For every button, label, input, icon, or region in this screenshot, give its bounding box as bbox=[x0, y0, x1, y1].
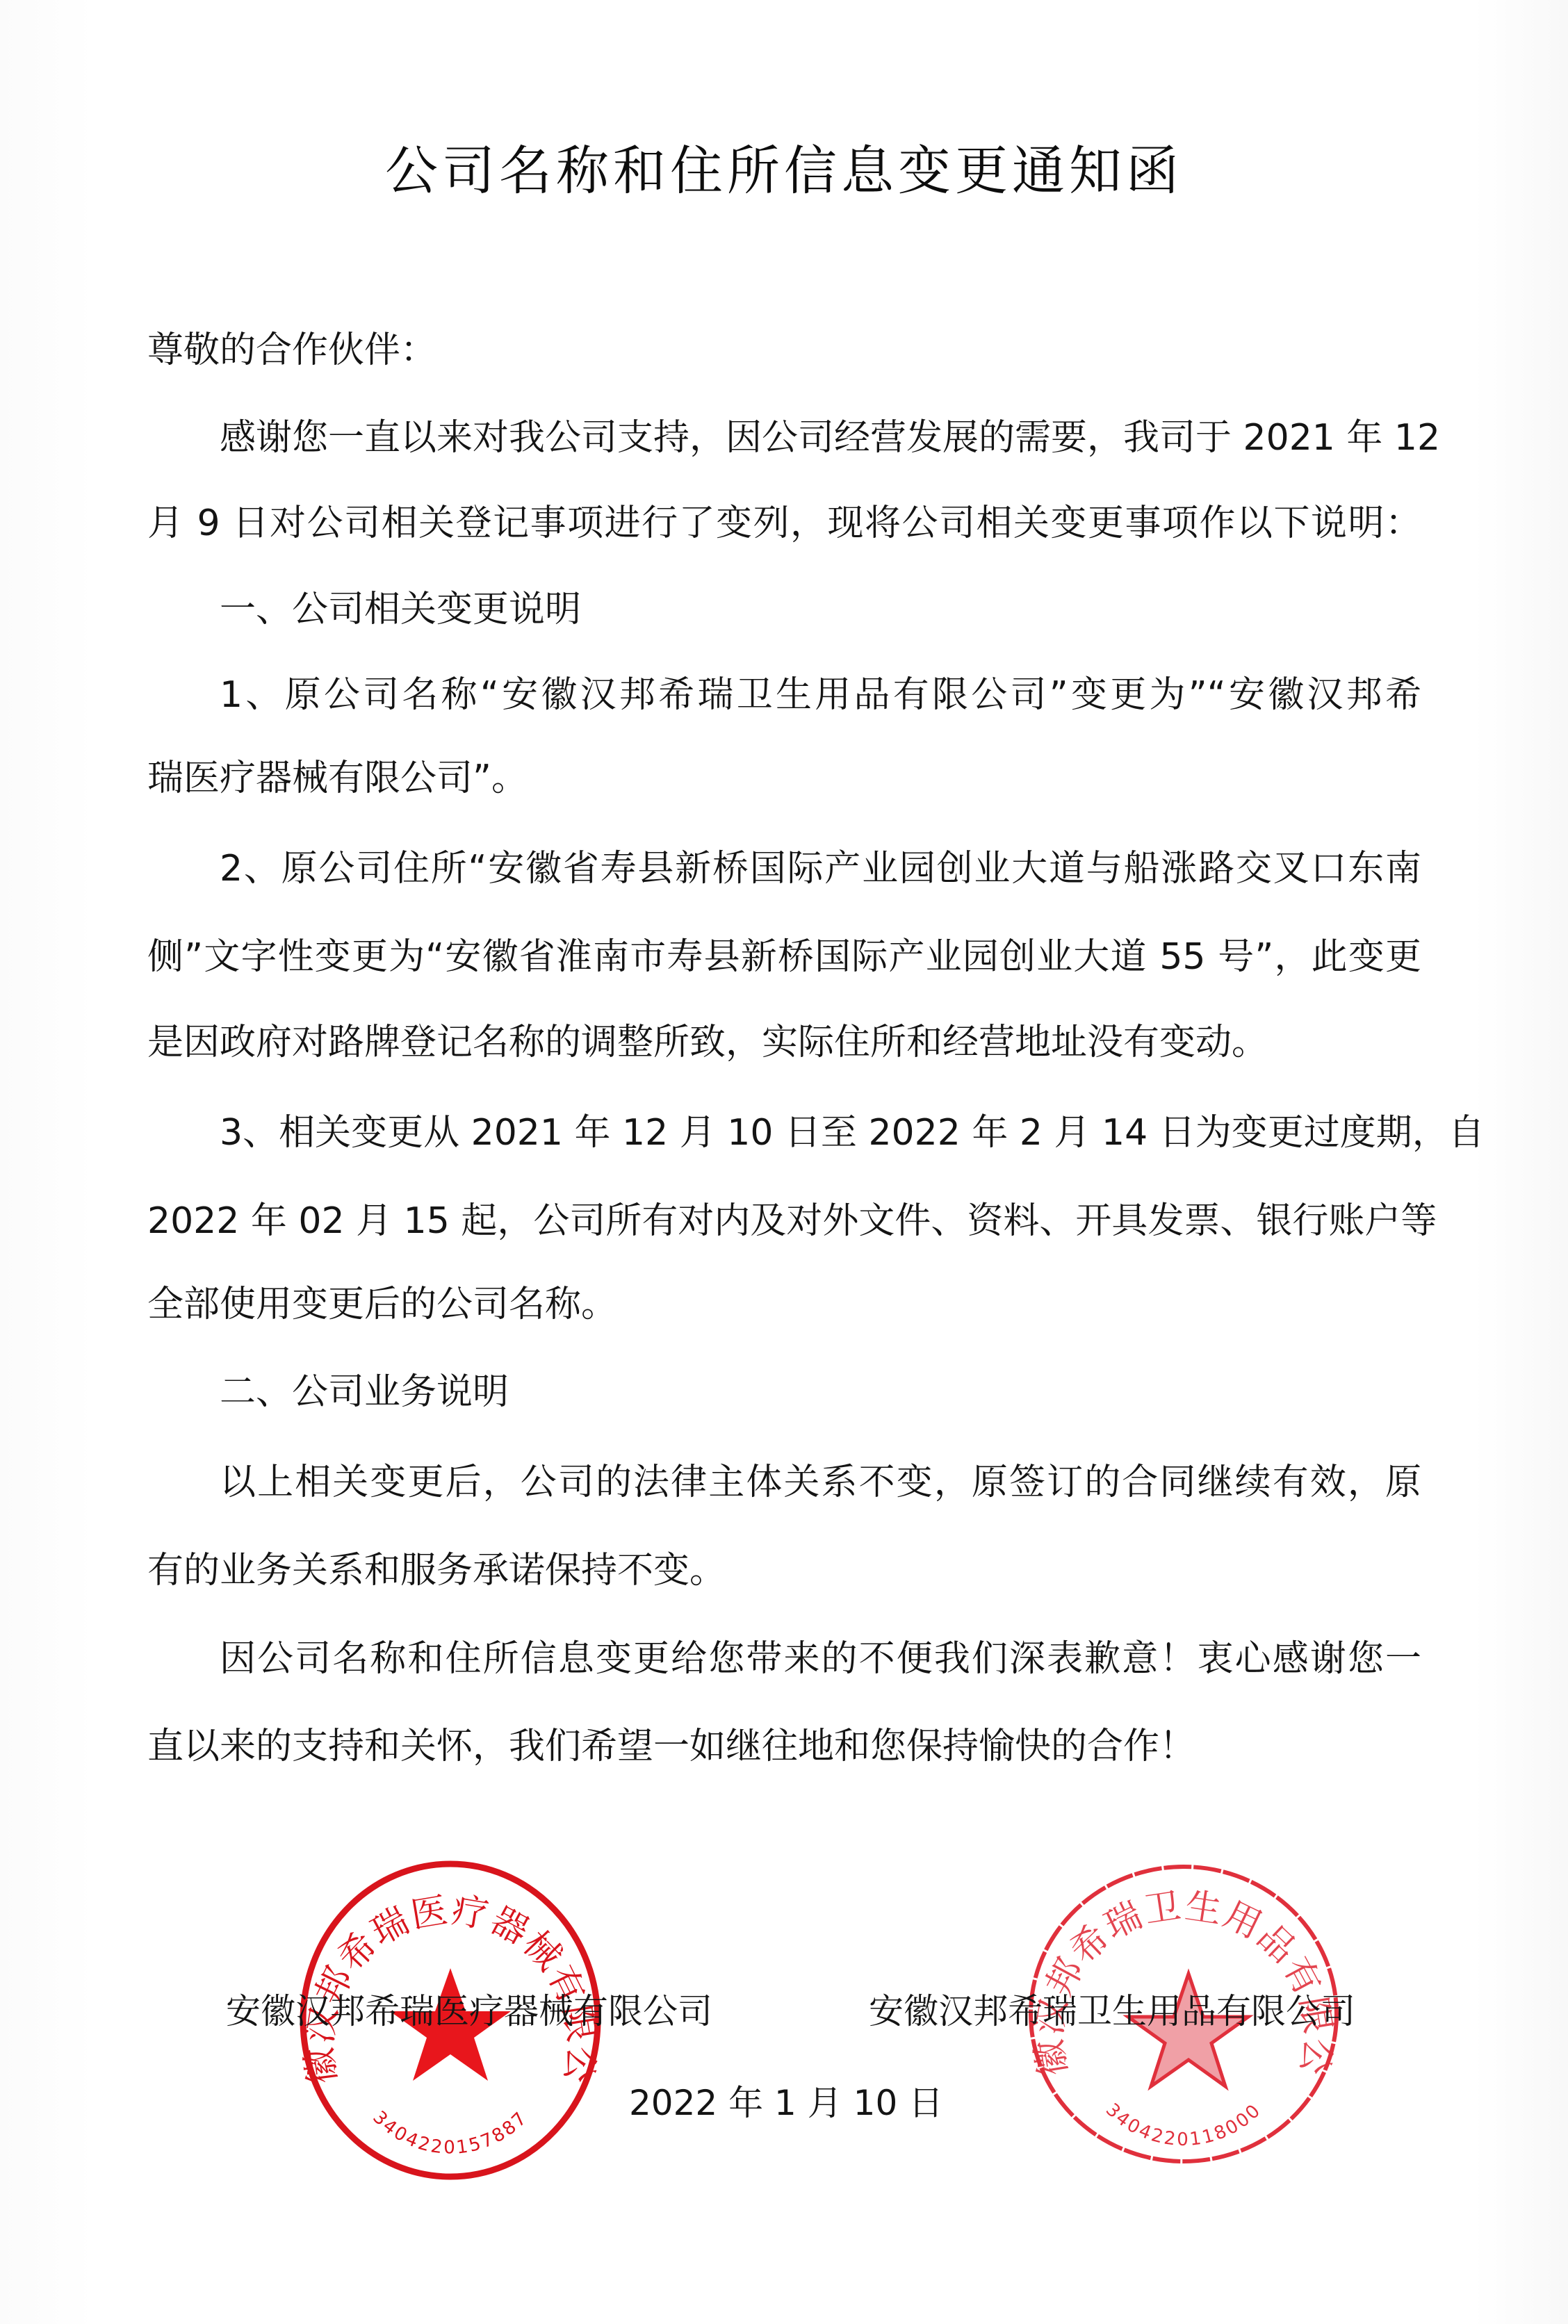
body-line: 月 9 日对公司相关登记事项进行了变列，现将公司相关变更事项作以下说明： bbox=[147, 501, 1421, 546]
seal-left-code: 3404220157887 bbox=[368, 2107, 532, 2159]
seal-right-code: 3404220118000 bbox=[1102, 2100, 1266, 2150]
body-line: 瑞医疗器械有限公司”。 bbox=[147, 756, 1421, 801]
body-line: 因公司名称和住所信息变更给您带来的不便我们深表歉意！衷心感谢您一 bbox=[220, 1637, 1421, 1681]
signature-company-right: 安徽汉邦希瑞卫生用品有限公司 bbox=[869, 1990, 1355, 2032]
document-page: 公司名称和住所信息变更通知函 尊敬的合作伙伴： 感谢您一直以来对我公司支持，因公… bbox=[0, 0, 1568, 2324]
document-title: 公司名称和住所信息变更通知函 bbox=[0, 136, 1568, 206]
body-line: 是因政府对路牌登记名称的调整所致，实际住所和经营地址没有变动。 bbox=[147, 1020, 1421, 1065]
body-line: 直以来的支持和关怀，我们希望一如继往地和您保持愉快的合作！ bbox=[147, 1724, 1421, 1769]
body-line: 二、公司业务说明 bbox=[220, 1370, 1421, 1414]
body-line: 全部使用变更后的公司名称。 bbox=[147, 1282, 1421, 1327]
body-line: 有的业务关系和服务承诺保持不变。 bbox=[147, 1548, 1421, 1593]
body-line: 1、原公司名称“安徽汉邦希瑞卫生用品有限公司”变更为”“安徽汉邦希 bbox=[220, 673, 1421, 717]
body-line: 以上相关变更后，公司的法律主体关系不变，原签订的合同继续有效，原 bbox=[220, 1460, 1421, 1505]
svg-text:3404220118000: 3404220118000 bbox=[1102, 2100, 1266, 2150]
salutation: 尊敬的合作伙伴： bbox=[147, 328, 1421, 373]
body-line: 一、公司相关变更说明 bbox=[220, 587, 1421, 632]
body-line: 2022 年 02 月 15 起，公司所有对内及对外文件、资料、开具发票、银行账… bbox=[147, 1199, 1421, 1243]
body-line: 2、原公司住所“安徽省寿县新桥国际产业园创业大道与船涨路交叉口东南 bbox=[220, 846, 1421, 891]
svg-text:3404220157887: 3404220157887 bbox=[368, 2107, 532, 2159]
body-line: 3、相关变更从 2021 年 12 月 10 日至 2022 年 2 月 14 … bbox=[220, 1111, 1421, 1155]
signature-date: 2022 年 1 月 10 日 bbox=[629, 2082, 943, 2124]
signature-company-left: 安徽汉邦希瑞医疗器械有限公司 bbox=[226, 1990, 712, 2032]
body-line: 感谢您一直以来对我公司支持，因公司经营发展的需要，我司于 2021 年 12 bbox=[220, 416, 1421, 460]
body-line: 侧”文字性变更为“安徽省淮南市寿县新桥国际产业园创业大道 55 号”，此变更 bbox=[147, 935, 1421, 979]
